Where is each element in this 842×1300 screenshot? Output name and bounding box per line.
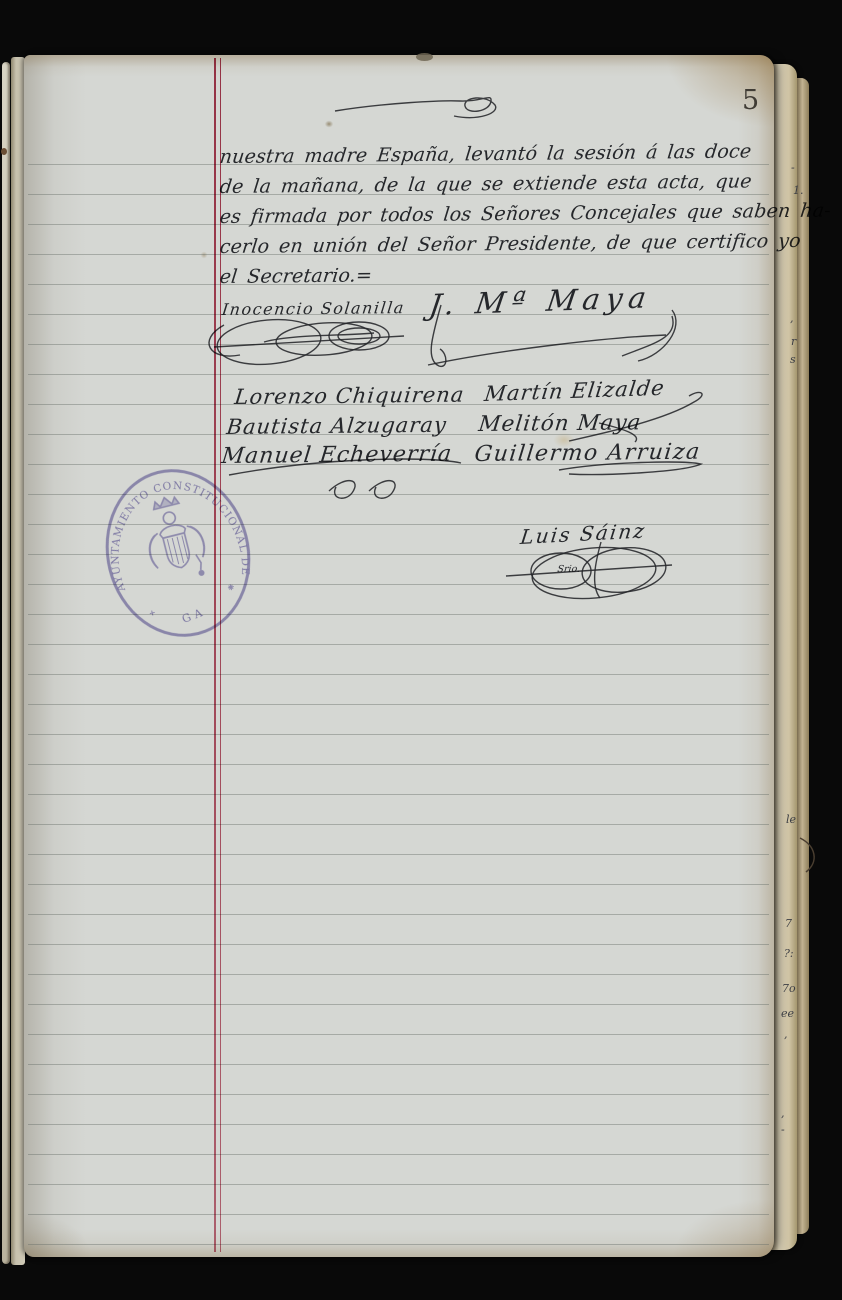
- photo-background: 5 nuestra madre España, levantó la sesió…: [0, 0, 842, 1300]
- loose-thread: [0, 0, 842, 1300]
